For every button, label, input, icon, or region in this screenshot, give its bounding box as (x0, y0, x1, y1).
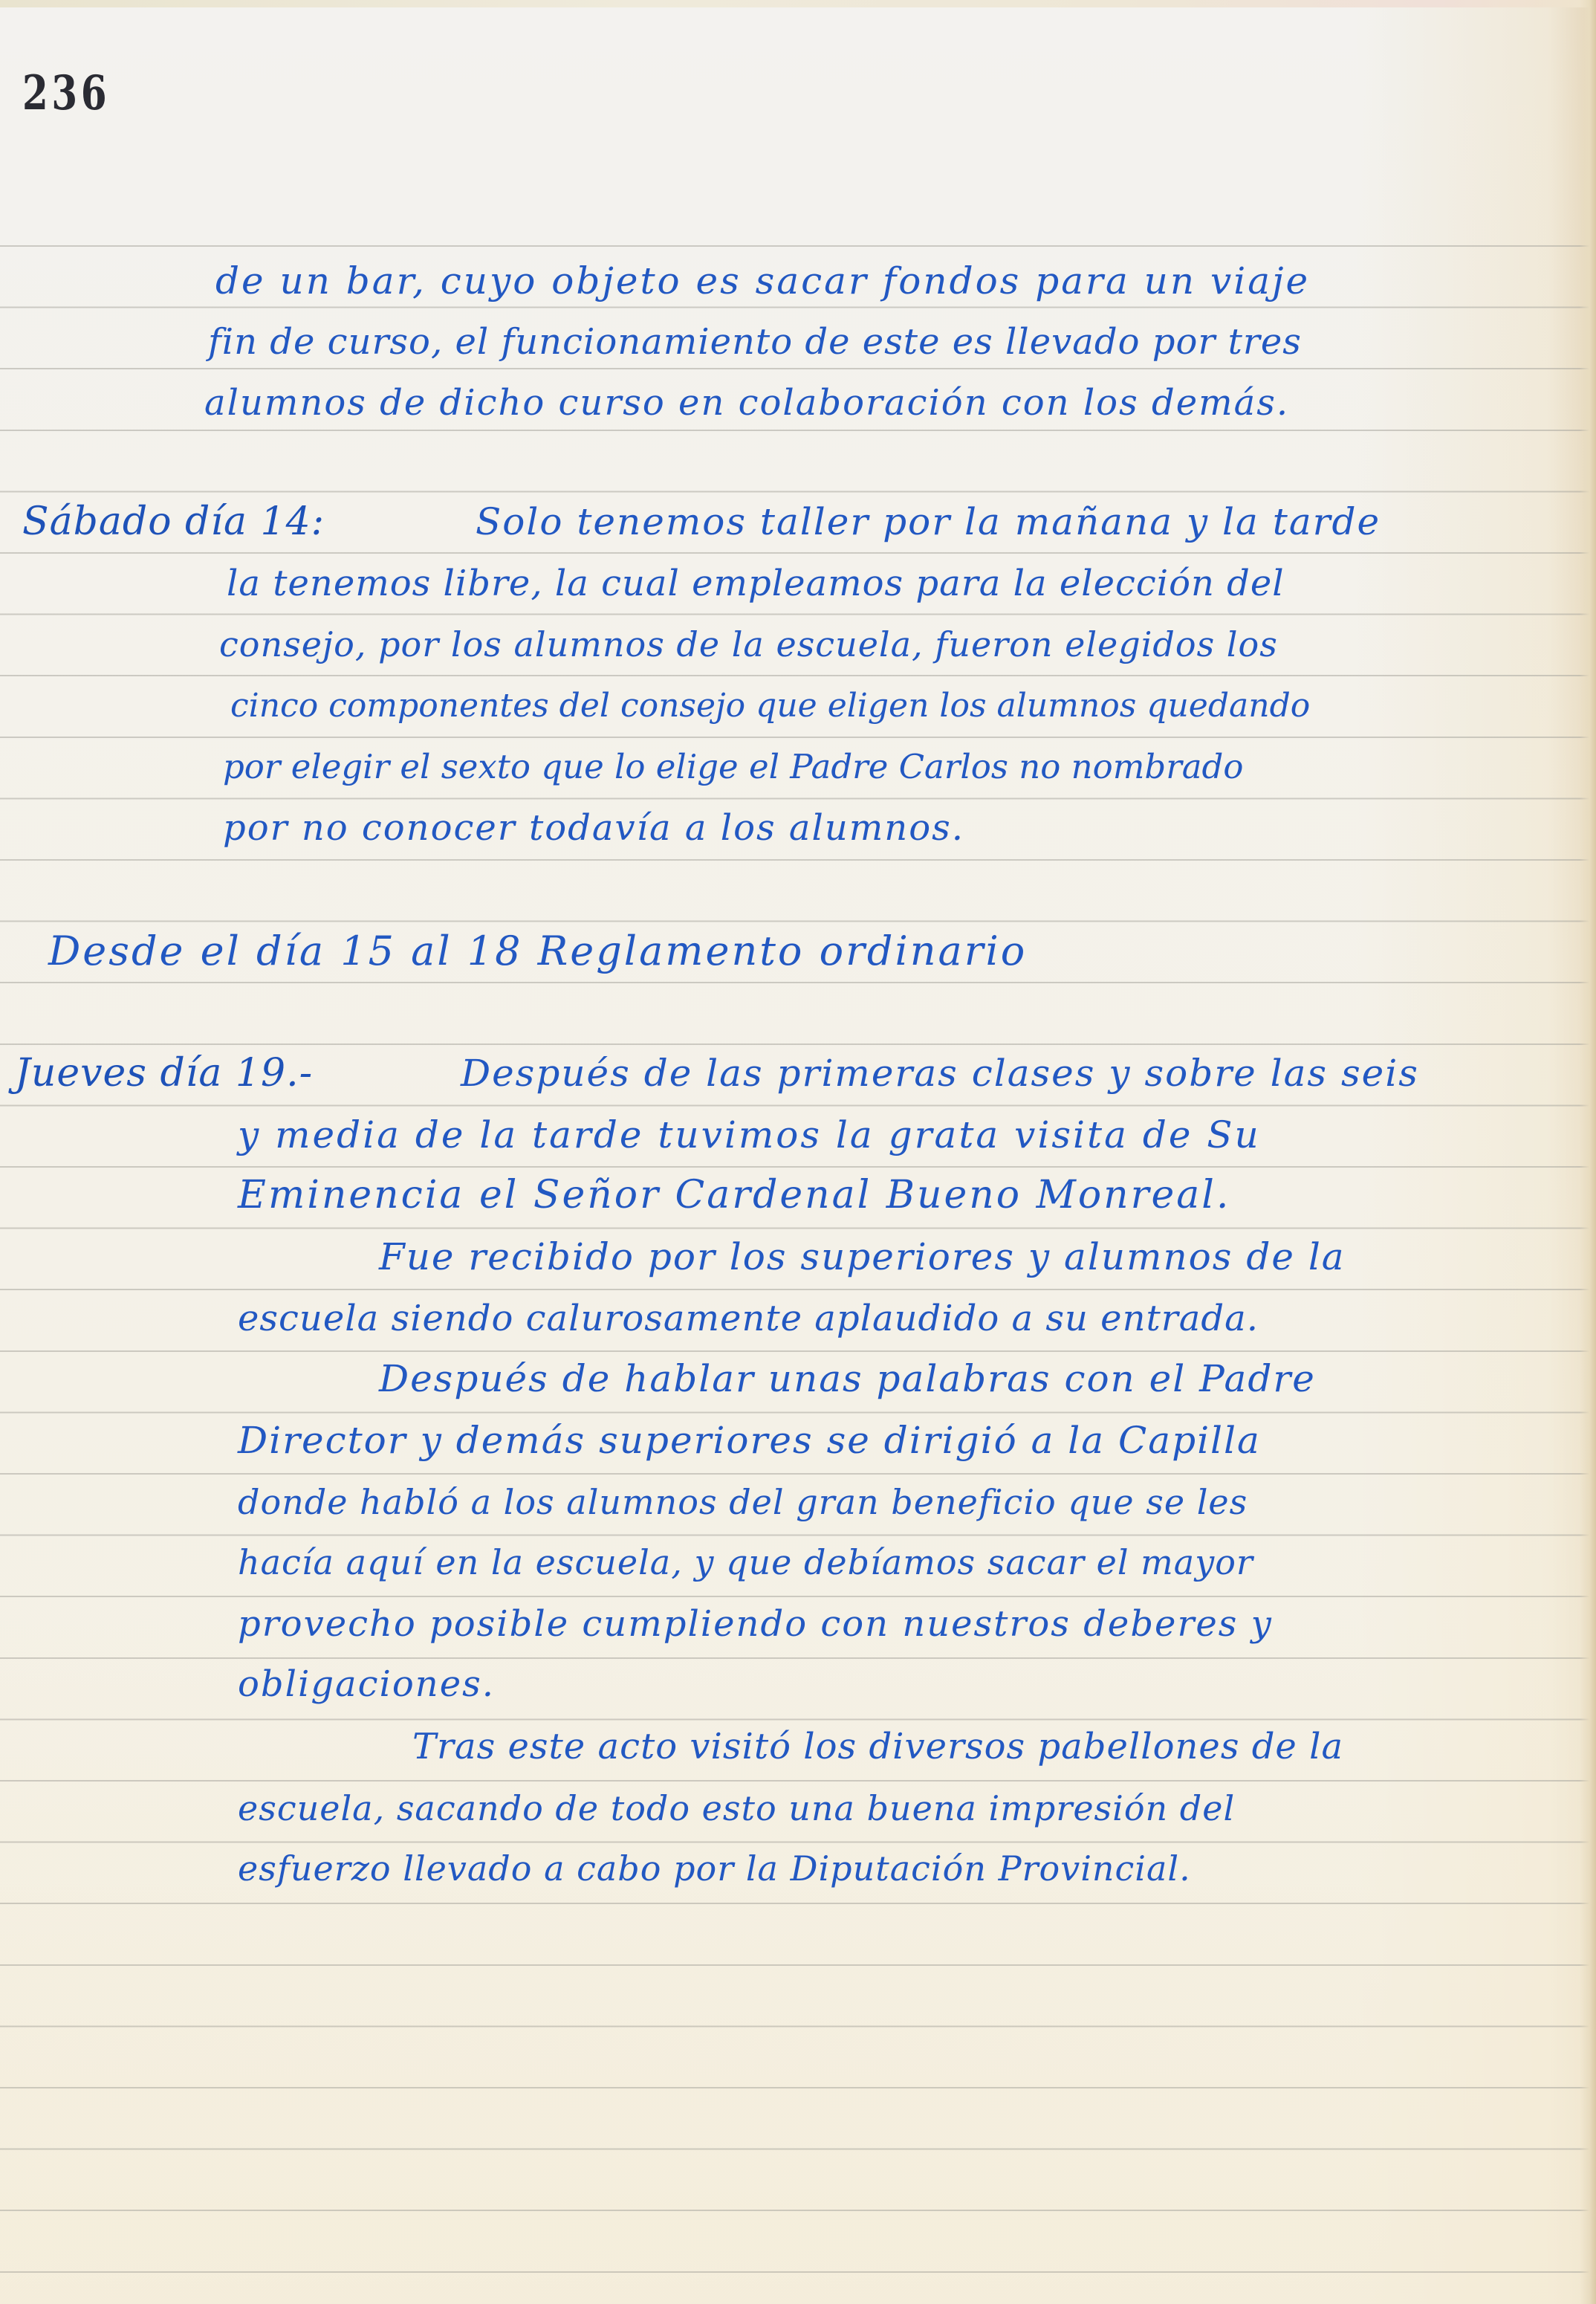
handwritten-line: cinco componentes del consejo que eligen… (230, 684, 1310, 728)
handwritten-line: Desde el día 15 al 18 Reglamento ordinar… (48, 929, 1027, 974)
handwritten-line: por no conocer todavía a los alumnos. (223, 806, 964, 850)
handwritten-line: Solo tenemos taller por la mañana y la t… (476, 499, 1381, 544)
handwritten-line: Fue recibido por los superiores y alumno… (379, 1234, 1346, 1279)
handwritten-line: Eminencia el Señor Cardenal Bueno Monrea… (238, 1173, 1230, 1217)
handwritten-line: la tenemos libre, la cual empleamos para… (227, 561, 1285, 606)
handwritten-line: de un bar, cuyo objeto es sacar fondos p… (215, 259, 1310, 303)
handwritten-line: Después de las primeras clases y sobre l… (461, 1051, 1419, 1096)
handwritten-line: Después de hablar unas palabras con el P… (379, 1356, 1316, 1401)
handwritten-line: provecho posible cumpliendo con nuestros… (238, 1602, 1273, 1646)
handwritten-line: escuela, sacando de todo esto una buena … (238, 1786, 1235, 1831)
handwritten-line: Tras este acto visitó los diversos pabel… (412, 1724, 1343, 1769)
handwritten-line: y media de la tarde tuvimos la grata vis… (238, 1113, 1261, 1157)
handwritten-line: obligaciones. (238, 1662, 495, 1706)
handwritten-line: alumnos de dicho curso en colaboración c… (204, 381, 1289, 425)
notebook-page: 236 de un bar, cuyo objeto es sacar fond… (0, 0, 1596, 2304)
handwritten-line: esfuerzo llevado a cabo por la Diputació… (238, 1846, 1191, 1891)
page-number: 236 (22, 65, 110, 121)
handwritten-line: por elegir el sexto que lo elige el Padr… (223, 745, 1243, 789)
handwritten-line: donde habló a los alumnos del gran benef… (238, 1480, 1248, 1524)
entry-date-label: Jueves día 19.- (15, 1051, 313, 1096)
page-right-edge (1580, 0, 1596, 2304)
handwritten-line: fin de curso, el funcionamiento de este … (208, 320, 1302, 364)
page-top-edge (0, 0, 1596, 7)
handwritten-line: escuela siendo calurosamente aplaudido a… (238, 1296, 1259, 1341)
handwritten-line: consejo, por los alumnos de la escuela, … (219, 622, 1278, 667)
handwritten-line: Director y demás superiores se dirigió a… (238, 1418, 1261, 1463)
entry-date-label: Sábado día 14: (22, 499, 325, 544)
handwritten-line: hacía aquí en la escuela, y que debíamos… (238, 1540, 1253, 1585)
